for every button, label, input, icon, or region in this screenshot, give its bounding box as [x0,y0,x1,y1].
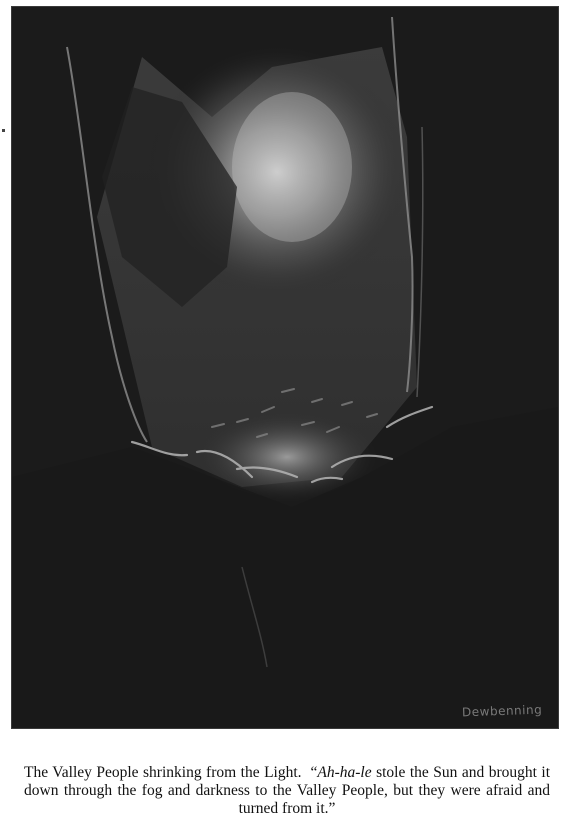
figure-caption: The Valley People shrinking from the Lig… [24,764,550,818]
scan-speck [2,129,5,132]
caption-name-italic: Ah-ha-le [317,764,371,781]
artist-signature: Dewbenning [462,703,543,720]
caption-quote-close: ” [329,800,336,817]
caption-lead: The Valley People shrinking from the Lig… [24,764,302,781]
illustration-plate: Dewbenning [12,7,558,728]
night-valley-illustration [12,7,558,728]
